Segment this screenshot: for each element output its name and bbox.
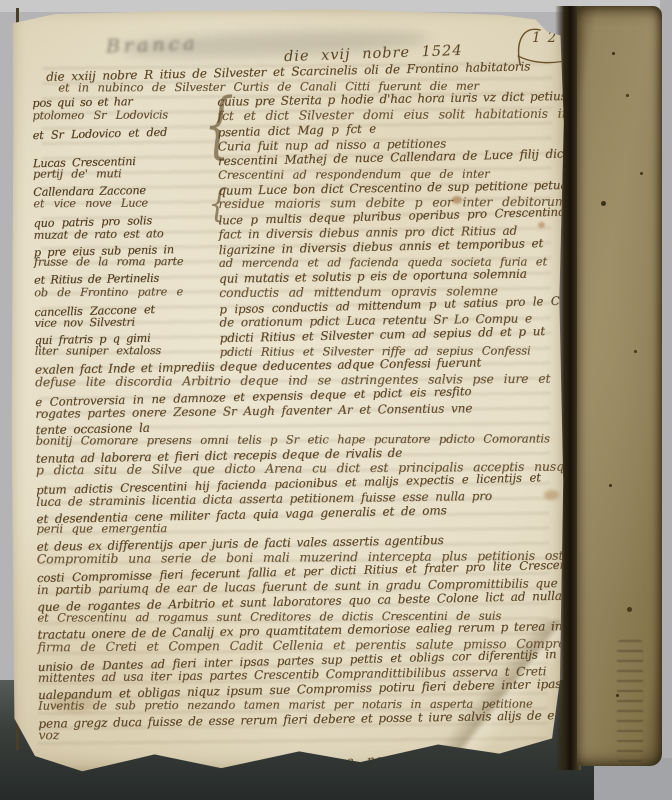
margin-note: ptolomeo Sr Lodovicis [32, 109, 167, 125]
smudged-heading: Branca [106, 32, 199, 57]
line-text: voz [38, 728, 59, 743]
cover-crease-ridges [617, 640, 643, 762]
margin-note: pertij de' muti [33, 167, 121, 182]
margin-note: liter suniper extaloss [35, 344, 161, 359]
manuscript-page: Branca die xvij nobre 1524 120 { { die x… [10, 8, 566, 772]
line-text: perii que emergentia [36, 521, 167, 536]
margin-note: frusse de la roma parte [34, 255, 183, 270]
margin-note: vice nov Silvestri [34, 316, 135, 332]
text-block: die xxiij nobre R itius de Silvester et … [32, 61, 562, 743]
margin-note: et vice nove Luce [33, 197, 148, 213]
cover-specks [612, 52, 615, 55]
margin-note: ob de Frontino patre e [34, 285, 183, 301]
manuscript-scan: Branca die xvij nobre 1524 120 { { die x… [0, 0, 672, 800]
margin-note: muzat de rato est ato [34, 227, 164, 243]
